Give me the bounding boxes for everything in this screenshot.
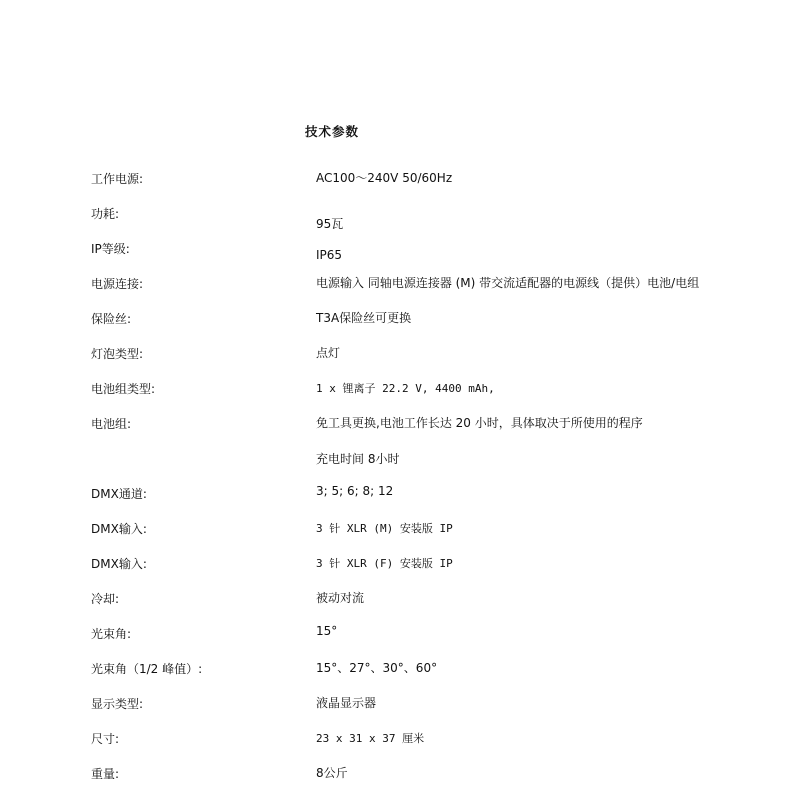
- spec-label-display-type: 显示类型:: [91, 695, 143, 712]
- spec-value-power-connection: 电源输入 同轴电源连接器 (M) 带交流适配器的电源线（提供）电池/电组: [316, 274, 699, 291]
- spec-value-beam-angle-half-peak: 15°、27°、30°、60°: [316, 659, 437, 676]
- spec-label-dmx-input-male: DMX输入:: [91, 520, 147, 537]
- spec-value-ip-rating: IP65: [316, 248, 342, 262]
- spec-label-dmx-channels: DMX通道:: [91, 485, 147, 502]
- spec-value-battery-pack-type: 1 x 锂离子 22.2 V, 4400 mAh,: [316, 380, 495, 396]
- spec-label-beam-angle-half-peak: 光束角（1/2 峰值）:: [91, 660, 202, 677]
- spec-label-ip-rating: IP等级:: [91, 240, 130, 257]
- spec-value-power-supply: AC100～240V 50/60Hz: [316, 169, 452, 186]
- spec-label-battery-pack: 电池组:: [91, 415, 131, 432]
- spec-label-beam-angle: 光束角:: [91, 625, 131, 642]
- spec-value-dmx-channels: 3; 5; 6; 8; 12: [316, 484, 393, 498]
- spec-value-weight: 8公斤: [316, 764, 348, 781]
- spec-label-cooling: 冷却:: [91, 590, 119, 607]
- spec-value-display-type: 液晶显示器: [316, 694, 376, 711]
- spec-value-battery-pack: 免工具更换,电池工作长达 20 小时，具体取决于所使用的程序: [316, 414, 643, 431]
- spec-value-fuse: T3A保险丝可更换: [316, 309, 411, 326]
- spec-label-power-consumption: 功耗:: [91, 205, 119, 222]
- spec-value-dmx-input-male: 3 针 XLR (M) 安装版 IP: [316, 520, 453, 536]
- spec-label-fuse: 保险丝:: [91, 310, 131, 327]
- spec-label-battery-pack-type: 电池组类型:: [91, 380, 155, 397]
- spec-label-weight: 重量:: [91, 765, 119, 782]
- spec-label-power-connection: 电源连接:: [91, 275, 143, 292]
- spec-label-bulb-type: 灯泡类型:: [91, 345, 143, 362]
- spec-value-dimensions: 23 x 31 x 37 厘米: [316, 730, 424, 746]
- spec-label-power-supply: 工作电源:: [91, 170, 143, 187]
- spec-value-charging-time: 充电时间 8小时: [316, 450, 399, 467]
- document-title: 技术参数: [305, 122, 359, 140]
- spec-label-dmx-input-female: DMX输入:: [91, 555, 147, 572]
- spec-value-beam-angle: 15°: [316, 624, 337, 638]
- spec-value-bulb-type: 点灯: [316, 344, 340, 361]
- spec-label-dimensions: 尺寸:: [91, 730, 119, 747]
- spec-value-cooling: 被动对流: [316, 589, 364, 606]
- spec-value-dmx-input-female: 3 针 XLR (F) 安装版 IP: [316, 555, 453, 571]
- spec-value-power-consumption: 95瓦: [316, 215, 343, 232]
